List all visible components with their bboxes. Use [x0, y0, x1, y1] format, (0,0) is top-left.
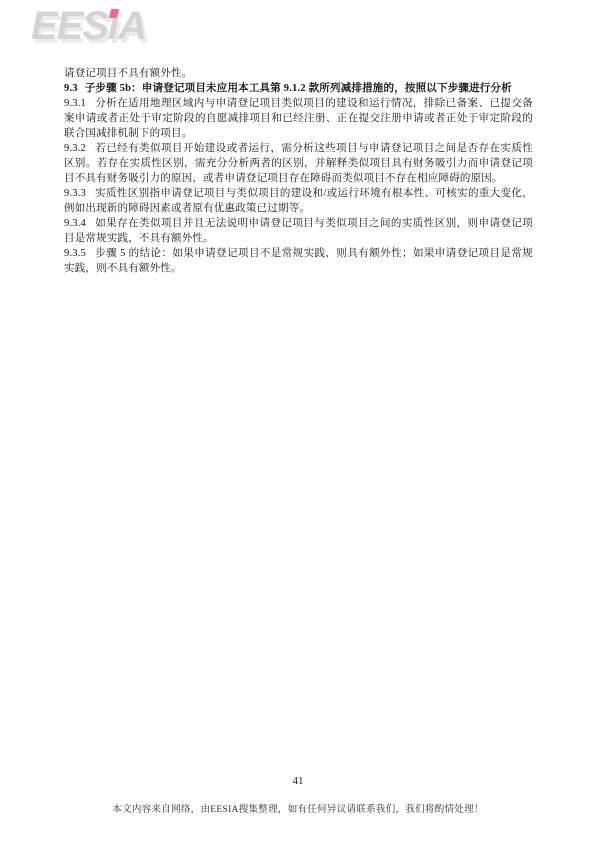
document-content: 请登记项目不具有额外性。 9.3子步骤 5b：申请登记项目未应用本工具第 9.1… — [64, 66, 533, 276]
paragraph-9-3-1: 9.3.1分析在适用地理区域内与申请登记项目类似项目的建设和运行情况，排除已备案… — [64, 96, 533, 141]
paragraph-number: 9.3.2 — [64, 143, 86, 154]
continuation-text: 请登记项目不具有额外性。 — [64, 68, 192, 79]
paragraph-9-3-4: 9.3.4如果存在类似项目并且无法说明申请登记项目与类似项目之间的实质性区别，则… — [64, 216, 533, 246]
section-heading-9-3: 9.3子步骤 5b：申请登记项目未应用本工具第 9.1.2 款所列减排措施的，按… — [64, 81, 533, 96]
paragraph-text: 步骤 5 的结论：如果申请登记项目不是常规实践，则具有额外性；如果申请登记项目是… — [64, 248, 533, 274]
eesia-logo-text: EESiA — [31, 4, 146, 48]
page-number: 41 — [0, 775, 596, 787]
paragraph-number: 9.3.3 — [64, 188, 86, 199]
document-page: EESiA 请登记项目不具有额外性。 9.3子步骤 5b：申请登记项目未应用本工… — [0, 0, 596, 842]
paragraph-continuation: 请登记项目不具有额外性。 — [64, 66, 533, 81]
paragraph-9-3-5: 9.3.5步骤 5 的结论：如果申请登记项目不是常规实践，则具有额外性；如果申请… — [64, 246, 533, 276]
paragraph-text: 实质性区别指申请登记项目与类似项目的建设和/或运行环境有根本性、可核实的重大变化… — [64, 188, 533, 214]
paragraph-number: 9.3.5 — [64, 248, 86, 259]
section-number: 9.3 — [64, 83, 78, 94]
paragraph-number: 9.3.4 — [64, 218, 86, 229]
paragraph-text: 若已经有类似项目开始建设或者运行，需分析这些项目与申请登记项目之间是否存在实质性… — [64, 143, 533, 184]
paragraph-text: 如果存在类似项目并且无法说明申请登记项目与类似项目之间的实质性区别，则申请登记项… — [64, 218, 533, 244]
paragraph-9-3-3: 9.3.3实质性区别指申请登记项目与类似项目的建设和/或运行环境有根本性、可核实… — [64, 186, 533, 216]
footer-disclaimer: 本文内容来自网络，由EESIA搜集整理，如有任何异议请联系我们，我们将酌情处理！ — [0, 801, 596, 815]
section-heading-text: 子步骤 5b：申请登记项目未应用本工具第 9.1.2 款所列减排措施的，按照以下… — [85, 83, 512, 94]
paragraph-number: 9.3.1 — [64, 98, 86, 109]
paragraph-text: 分析在适用地理区域内与申请登记项目类似项目的建设和运行情况，排除已备案、已提交备… — [64, 98, 533, 139]
eesia-logo: EESiA — [31, 2, 146, 50]
paragraph-9-3-2: 9.3.2若已经有类似项目开始建设或者运行，需分析这些项目与申请登记项目之间是否… — [64, 141, 533, 186]
